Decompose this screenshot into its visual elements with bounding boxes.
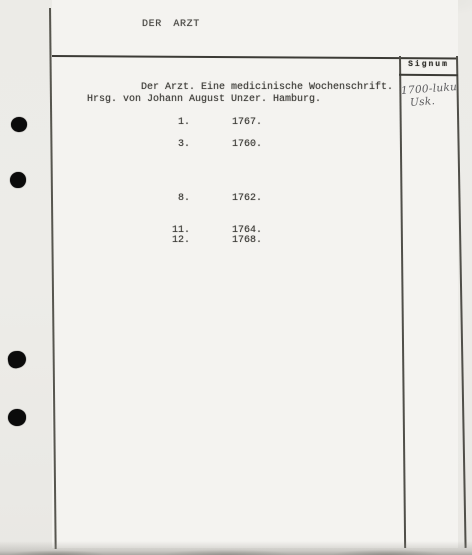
punch-hole <box>10 116 28 133</box>
signum-column-label: Signum <box>399 59 458 71</box>
entry-row: 8.1762. <box>130 181 262 217</box>
volume-number: 12. <box>154 235 190 247</box>
record-title: Der Arzt. Eine medicinische Wochenschrif… <box>141 82 393 94</box>
punch-hole <box>7 408 26 427</box>
catalog-card-scan: DER ARZT Signum 1700-luku Usk. Der Arzt.… <box>0 0 472 555</box>
scan-edge-shadow <box>0 541 472 555</box>
signum-header-rule <box>399 74 458 76</box>
entry-row: 12.1768. <box>130 223 262 259</box>
volume-year: 1762. <box>232 193 262 205</box>
volume-year: 1768. <box>232 235 262 247</box>
entry-row: 3.1760. <box>130 127 262 163</box>
volume-number: 3. <box>154 139 190 151</box>
volume-number: 8. <box>154 193 190 205</box>
volume-year: 1760. <box>232 139 262 151</box>
punch-hole <box>10 172 26 188</box>
card-heading: DER ARZT <box>142 19 200 31</box>
punch-hole <box>7 350 28 370</box>
signum-handwritten-value: Usk. <box>410 95 436 109</box>
